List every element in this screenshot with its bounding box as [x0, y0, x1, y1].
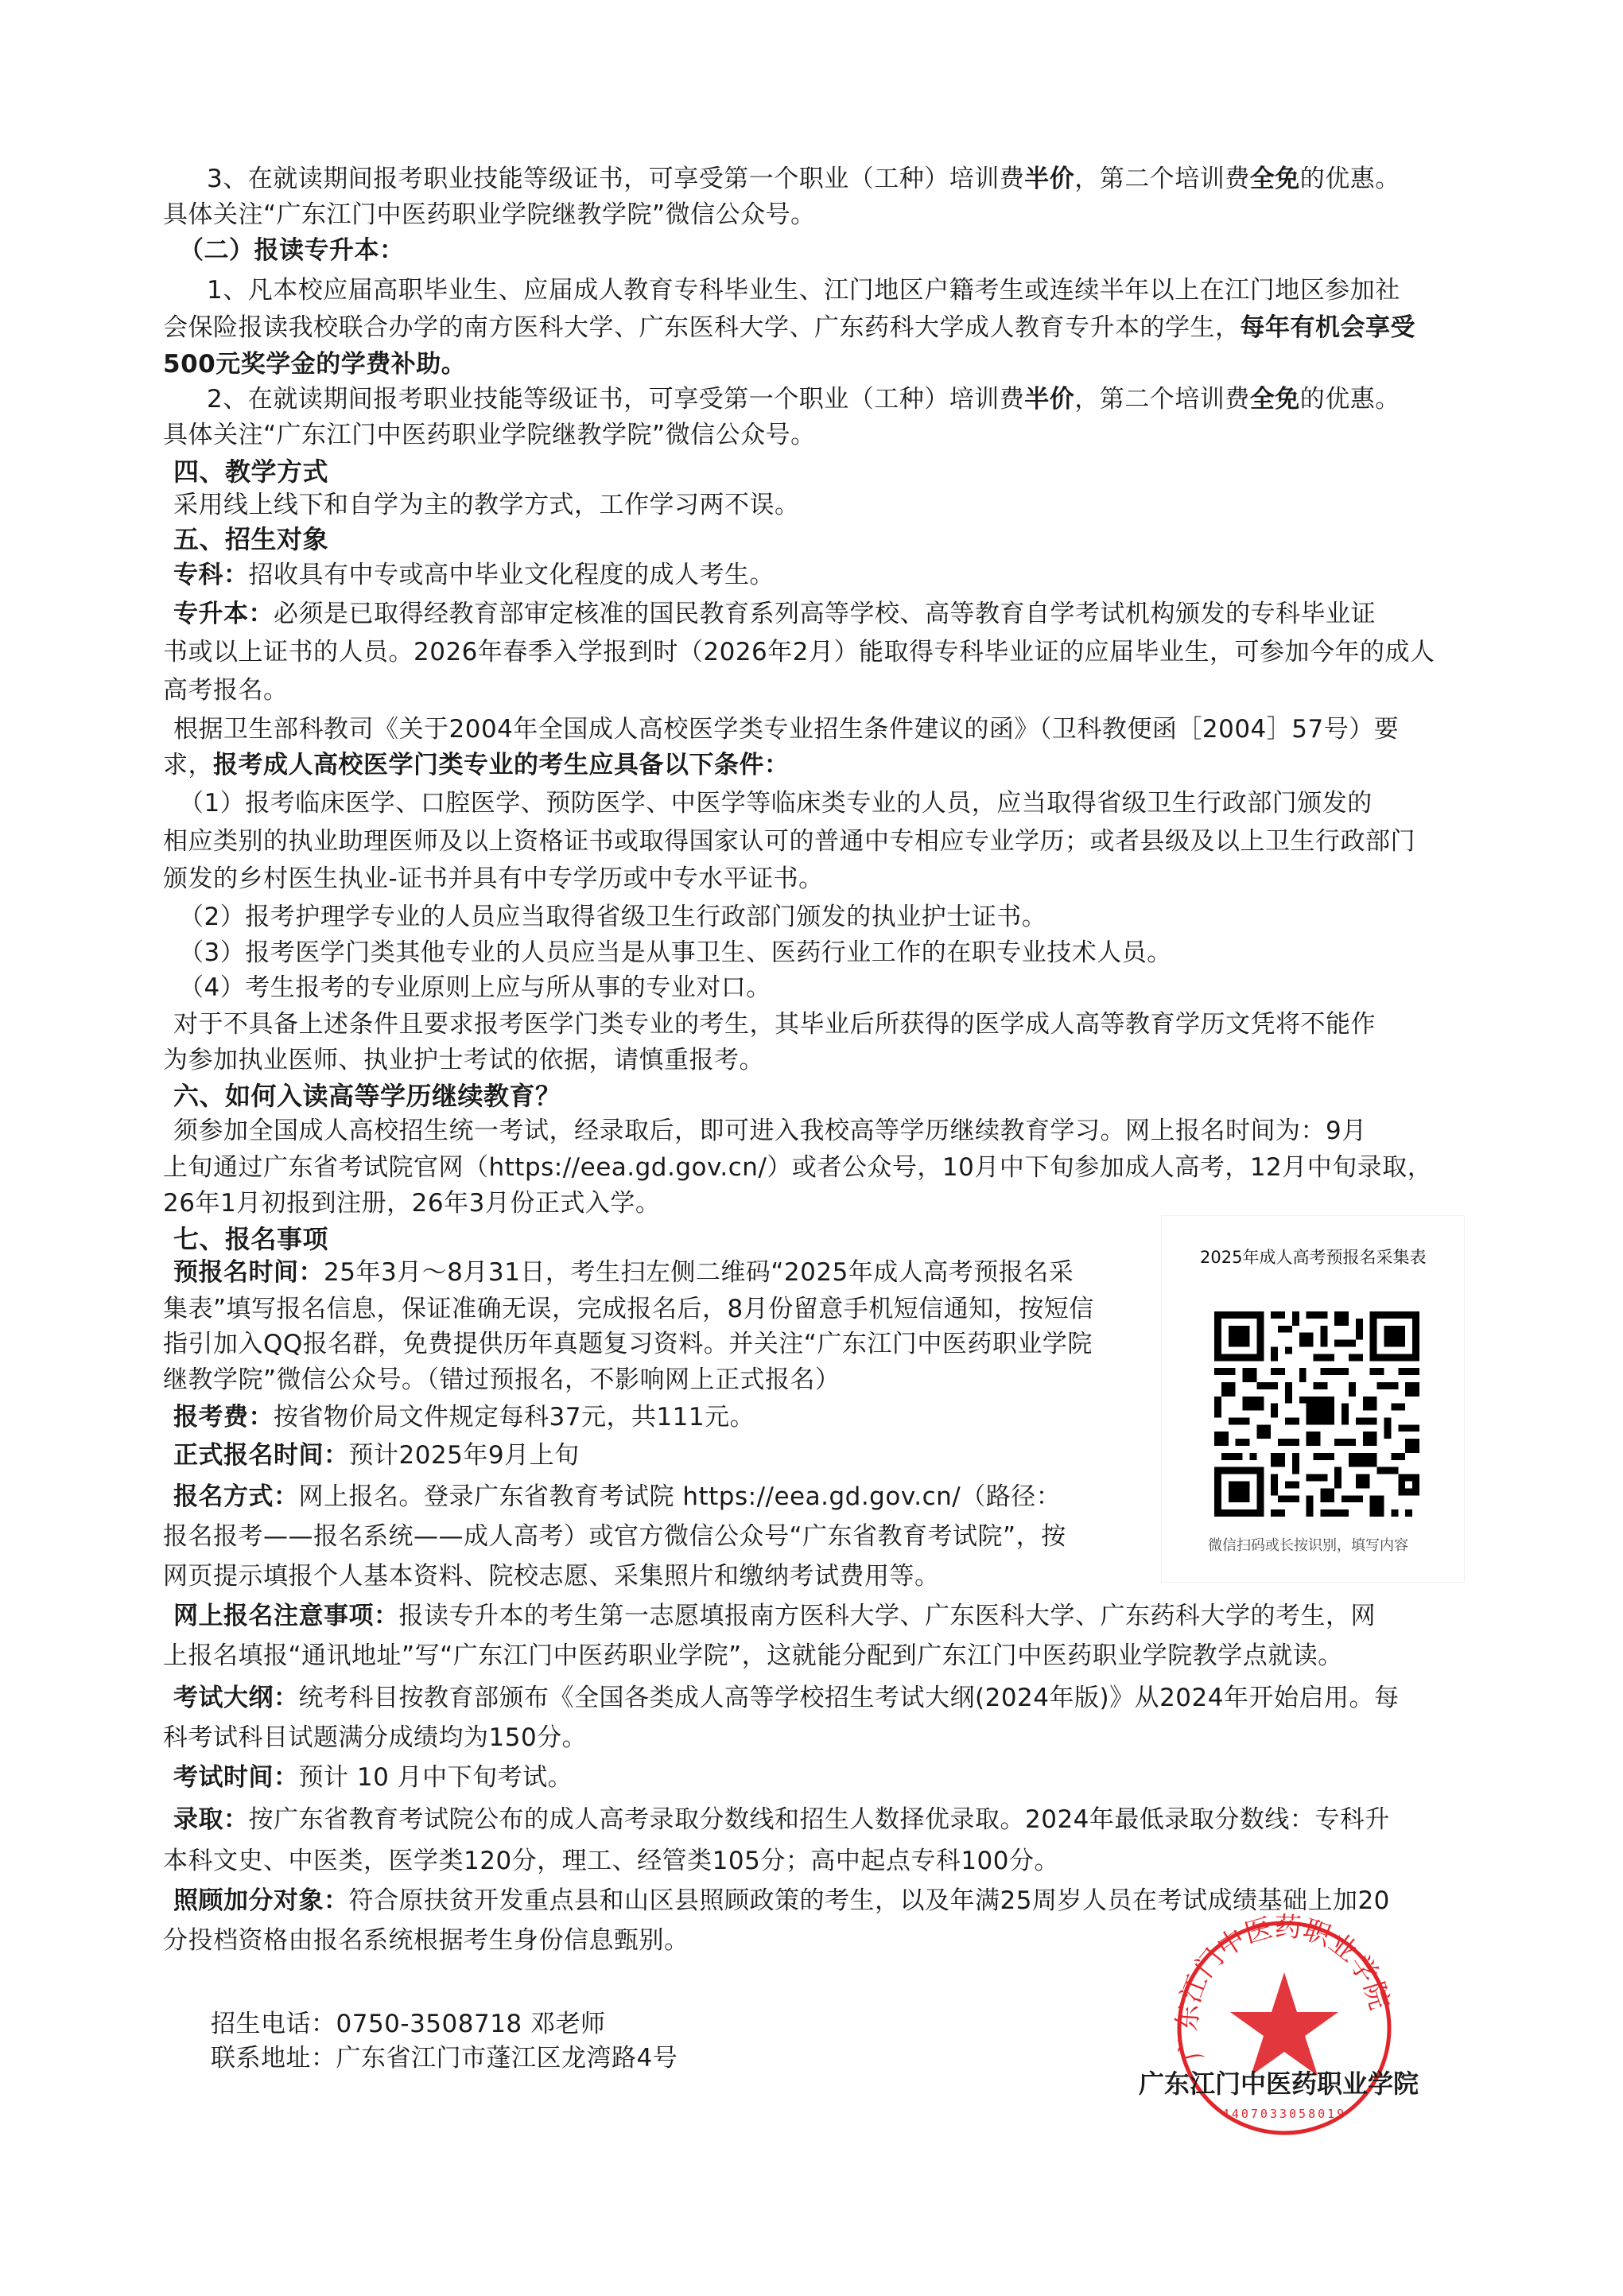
qr-card: 2025年成人高考预报名采集表 [1161, 1215, 1465, 1583]
contact-phone: 招生电话：0750-3508718 邓老师 [211, 2008, 606, 2040]
document-page: 3、在就读期间报考职业技能等级证书，可享受第一个职业（工种）培训费半价，第二个培… [0, 0, 1623, 2296]
signature-school-name: 广东江门中医药职业学院 [1139, 2064, 1419, 2100]
section-heading-admission-target: 五、招生对象 [173, 523, 328, 555]
paragraph-line: 网页提示填报个人基本资料、院校志愿、采集照片和缴纳考试费用等。 [163, 1560, 940, 1592]
qr-title: 2025年成人高考预报名采集表 [1200, 1245, 1426, 1268]
paragraph-line: 500元奖学金的学费补助。 [163, 348, 466, 380]
paragraph-line: （4）考生报考的专业原则上应与所从事的专业对口。 [179, 972, 771, 1004]
contact-address: 联系地址：广东省江门市蓬江区龙湾路4号 [211, 2042, 678, 2074]
paragraph-line: 采用线上线下和自学为主的教学方式，工作学习两不误。 [173, 489, 800, 521]
paragraph-line: 2、在就读期间报考职业技能等级证书，可享受第一个职业（工种）培训费半价，第二个培… [207, 383, 1400, 415]
paragraph-line: 报名方式：网上报名。登录广东省教育考试院 https://eea.gd.gov.… [173, 1481, 1061, 1513]
paragraph-line: 指引加入QQ报名群，免费提供历年真题复习资料。并关注“广东江门中医药职业学院 [163, 1328, 1093, 1360]
paragraph-line: 继教学院”微信公众号。（错过预报名，不影响网上正式报名） [163, 1364, 841, 1396]
paragraph-line: 颁发的乡村医生执业-证书并具有中专学历或中专水平证书。 [163, 863, 824, 895]
paragraph-line: （3）报考医学门类其他专业的人员应当是从事卫生、医药行业工作的在职专业技术人员。 [179, 937, 1172, 969]
section-heading-registration: 七、报名事项 [173, 1223, 328, 1255]
paragraph-line: 上旬通过广东省考试院官网（https://eea.gd.gov.cn/）或者公众… [163, 1152, 1432, 1183]
paragraph-line: 网上报名注意事项：报读专升本的考生第一志愿填报南方医科大学、广东医科大学、广东药… [173, 1600, 1376, 1632]
paragraph-line: 专科：招收具有中专或高中毕业文化程度的成人考生。 [173, 559, 775, 591]
svg-text:4407033058019: 4407033058019 [1222, 2107, 1346, 2121]
paragraph-line: 求，报考成人高校医学门类专业的考生应具备以下条件： [163, 749, 790, 781]
section-heading-teaching: 四、教学方式 [173, 456, 328, 488]
official-seal-icon: 广东江门中医药职业学院 4407033058019 [1165, 1913, 1404, 2143]
paragraph-line: 具体关注“广东江门中医药职业学院继教学院”微信公众号。 [163, 199, 816, 231]
paragraph-line: 26年1月初报到注册，26年3月份正式入学。 [163, 1187, 660, 1219]
paragraph-line: 对于不具备上述条件且要求报考医学门类专业的考生，其毕业后所获得的医学成人高等教育… [173, 1008, 1376, 1040]
paragraph-line: 报考费：按省物价局文件规定每科37元，共111元。 [173, 1401, 755, 1433]
paragraph-line: 照顾加分对象：符合原扶贫开发重点县和山区县照顾政策的考生，以及年满25周岁人员在… [173, 1885, 1390, 1917]
paragraph-line: （2）报考护理学专业的人员应当取得省级卫生行政部门颁发的执业护士证书。 [179, 901, 1046, 933]
paragraph-line: 会保险报读我校联合办学的南方医科大学、广东医科大学、广东药科大学成人教育专升本的… [163, 312, 1415, 344]
paragraph-line: 本科文史、中医类，医学类120分，理工、经管类105分；高中起点专科100分。 [163, 1845, 1059, 1877]
qr-caption: 微信扫码或长按识别，填写内容 [1208, 1534, 1408, 1555]
paragraph-line: 考试时间：预计 10 月中下旬考试。 [173, 1762, 573, 1793]
paragraph-line: （1）报考临床医学、口腔医学、预防医学、中医学等临床类专业的人员，应当取得省级卫… [179, 787, 1373, 819]
paragraph-line: 科考试科目试题满分成绩均为150分。 [163, 1722, 587, 1754]
paragraph-line: 根据卫生部科教司《关于2004年全国成人高校医学类专业招生条件建议的函》（卫科教… [173, 713, 1399, 745]
paragraph-line: 高考报名。 [163, 674, 289, 706]
paragraph-line: 为参加执业医师、执业护士考试的依据，请慎重报考。 [163, 1044, 764, 1076]
paragraph-line: 3、在就读期间报考职业技能等级证书，可享受第一个职业（工种）培训费半价，第二个培… [207, 163, 1400, 195]
paragraph-line: 预报名时间：25年3月～8月31日，考生扫左侧二维码“2025年成人高考预报名采 [173, 1257, 1074, 1288]
paragraph-line: 正式报名时间：预计2025年9月上旬 [173, 1439, 580, 1471]
section-heading-how-to-enroll: 六、如何入读高等学历继续教育？ [173, 1080, 561, 1112]
paragraph-line: 具体关注“广东江门中医药职业学院继教学院”微信公众号。 [163, 419, 816, 451]
paragraph-line: 考试大纲：统考科目按教育部颁布《全国各类成人高等学校招生考试大纲(2024年版)… [173, 1682, 1399, 1714]
paragraph-line: 上报名填报“通讯地址”写“广东江门中医药职业学院”，这就能分配到广东江门中医药职… [163, 1640, 1343, 1672]
paragraph-line: 录取：按广东省教育考试院公布的成人高考录取分数线和招生人数择优录取。2024年最… [173, 1804, 1390, 1836]
paragraph-line: 书或以上证书的人员。2026年春季入学报到时（2026年2月）能取得专科毕业证的… [163, 636, 1435, 668]
paragraph-line: 分投档资格由报名系统根据考生身份信息甄别。 [163, 1925, 689, 1956]
paragraph-line: 集表”填写报名信息，保证准确无误，完成报名后，8月份留意手机短信通知，按短信 [163, 1293, 1094, 1325]
paragraph-line: 报名报考——报名系统——成人高考）或官方微信公众号“广东省教育考试院”，按 [163, 1521, 1066, 1552]
paragraph-line: 须参加全国成人高校招生统一考试，经录取后，即可进入我校高等学历继续教育学习。网上… [173, 1115, 1367, 1147]
paragraph-line: 相应类别的执业助理医师及以上资格证书或取得国家认可的普通中专相应专业学历；或者县… [163, 826, 1415, 857]
paragraph-line: 1、凡本校应届高职毕业生、应届成人教育专科毕业生、江门地区户籍考生或连续半年以上… [207, 274, 1400, 306]
qr-code-icon[interactable] [1214, 1311, 1419, 1517]
paragraph-line: 专升本：必须是已取得经教育部审定核准的国民教育系列高等学校、高等教育自学考试机构… [173, 598, 1376, 630]
subsection-heading: （二）报读专升本： [179, 235, 405, 266]
